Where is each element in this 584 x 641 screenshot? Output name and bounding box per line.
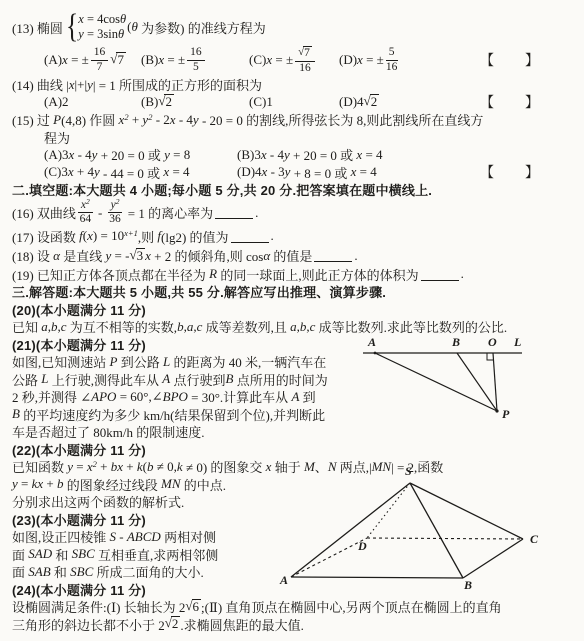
text: 如图,设正四棱锥 — [12, 527, 110, 546]
text: (A)2 — [44, 94, 69, 110]
answer-blank — [215, 206, 253, 219]
text: (15) 过 — [12, 110, 53, 129]
text: = 4 — [362, 147, 382, 163]
equation-system: {x = 4cosθy = 3sinθ — [64, 12, 126, 43]
text: = 60°,∠ — [116, 389, 162, 405]
exam-page: (13) 椭圆{x = 4cosθy = 3sinθ(θ 为参数) 的准线方程为… — [0, 0, 584, 641]
q15-options-ab-cell-0: (A)3x - 4y + 20 = 0 或 y = 8 — [44, 145, 237, 164]
fraction: √716 — [295, 46, 315, 75]
text: 5 — [193, 62, 199, 74]
text: = 8 — [170, 147, 190, 163]
point-label-s: S — [405, 464, 412, 478]
point-label-b: B — [451, 335, 460, 349]
math-variable: MN — [161, 476, 181, 492]
answer-bracket: 【 】 — [480, 162, 540, 182]
fraction: y236 — [108, 200, 123, 226]
text: 车是否超过了 80km/h 的限制速度. — [12, 422, 204, 441]
text: (20)(本小题满分 11 分) — [12, 300, 146, 319]
line-label-l: L — [513, 335, 521, 349]
text: = ± — [272, 52, 293, 68]
point-label-a: A — [279, 573, 288, 587]
text: 和 — [51, 562, 71, 581]
text: (C) — [249, 52, 266, 68]
text: 7 — [304, 47, 310, 60]
q14-options: (A)2(B)√2(C)1(D)4√2【 】 — [12, 94, 576, 112]
point-label-c: C — [530, 532, 539, 546]
text: 2 — [371, 95, 378, 110]
math-variable: L — [41, 371, 48, 387]
text: = 4cos — [84, 12, 120, 27]
text: + 4 — [74, 164, 94, 180]
text: 5 — [389, 47, 395, 59]
text: 点行驶到 — [170, 370, 225, 389]
text: . — [354, 248, 357, 264]
text: 的中点. — [181, 475, 227, 494]
q15-options-ab-cell-1: (B)3x - 4y + 20 = 0 或 x = 4 — [237, 145, 383, 164]
text: 36 — [109, 214, 121, 226]
text: + 8 = 0 或 — [290, 163, 350, 182]
q20-header: (20)(本小题满分 11 分) — [12, 301, 576, 319]
text: = 1 的离心率为 — [124, 203, 213, 222]
text: 三.解答题:本大题共 5 小题,共 55 分.解答应写出推理、演算步骤. — [12, 282, 386, 301]
text: (21)(本小题满分 11 分) — [12, 335, 146, 354]
math-variable: A — [162, 371, 170, 387]
superscript: x+1 — [124, 228, 138, 238]
text: = 4 — [356, 164, 376, 180]
text: - 4 — [267, 147, 284, 163]
text: - 20 = 0 的割线,所得弦长为 8,则此割线所在直线方 — [199, 110, 484, 129]
text: 已知函数 — [12, 457, 67, 476]
fraction: 167 — [91, 47, 109, 73]
text: ;(Ⅱ) 直角顶点在椭圆中心,另两个顶点在椭圆上的直角 — [201, 597, 502, 616]
text: 互相垂直,求两相邻侧 — [95, 545, 219, 564]
text: 已知 — [12, 317, 41, 336]
text: (19) 已知正方体各顶点都在半径为 — [12, 265, 209, 284]
text: + — [43, 476, 57, 492]
text: 和 — [52, 545, 72, 564]
math-variable: kx — [32, 476, 44, 492]
q13-options-cell-1: (B)x = ±165 — [141, 47, 249, 73]
figure-pyramid: S A B C D — [278, 463, 548, 591]
math-variable: θ — [118, 27, 124, 42]
q13-stem: (13) 椭圆{x = 4cosθy = 3sinθ(θ 为参数) 的准线方程为 — [12, 10, 576, 44]
square-root: √2 — [158, 94, 174, 110]
text: + — [97, 459, 111, 475]
point-label-a: A — [367, 335, 376, 349]
text: 6 — [193, 600, 200, 615]
figure-speed-measurement: A B O L P — [356, 332, 528, 426]
square-root: √3 — [129, 248, 145, 264]
math-variable: SAD — [28, 546, 52, 562]
text: (A)3 — [44, 147, 69, 163]
text: 为参数) 的准线方程为 — [138, 18, 266, 37]
text: + 20 = 0 或 — [290, 145, 357, 164]
text: 的平均速度约为多少 km/h(结果保留到个位),并判断此 — [20, 405, 325, 424]
text: + 20 = 0 或 — [97, 145, 164, 164]
square-root: √7 — [298, 46, 312, 60]
answer-blank — [421, 268, 459, 281]
text: - 3 — [267, 164, 284, 180]
text: ≠ 0) 的图象交 — [183, 457, 266, 476]
fraction: x264 — [78, 200, 93, 226]
point-label-p: P — [502, 407, 510, 421]
q14-options-cell-0: (A)2 — [44, 94, 141, 110]
text: 上行驶,测得此车从 — [49, 370, 163, 389]
text: . — [271, 228, 274, 244]
square-root: √2 — [364, 94, 380, 110]
text: 3 — [137, 249, 144, 264]
math-variable: bx — [111, 459, 123, 475]
text: 所成二面角的大小. — [93, 562, 204, 581]
text: (D)4 — [237, 164, 262, 180]
text: (A) — [44, 52, 62, 68]
text: .求椭圆焦距的最大值. — [180, 615, 304, 634]
text: 的图象经过线段 — [64, 475, 162, 494]
text: 面 — [12, 562, 28, 581]
answer-bracket: 【 】 — [480, 92, 540, 112]
math-variable: R — [209, 266, 217, 282]
text: 设椭圆满足条件:(Ⅰ) 长轴长为 2 — [12, 597, 185, 616]
text: . — [255, 205, 258, 221]
text: 成等差数列,且 — [202, 317, 290, 336]
text: = 30°.计算此车从 — [188, 387, 292, 406]
text: 16 — [299, 63, 311, 75]
text: . — [461, 266, 464, 282]
text: 64 — [80, 214, 92, 226]
text: (18) 设 — [12, 246, 53, 265]
text: + 2 的倾斜角,则 cos — [151, 246, 263, 265]
text: + — [129, 112, 143, 128]
section-3-header: 三.解答题:本大题共 5 小题,共 55 分.解答应写出推理、演算步骤. — [12, 283, 576, 301]
text: (17) 设函数 — [12, 227, 79, 246]
math-variable: α — [263, 248, 270, 264]
q14-options-cell-3: (D)4√2 — [339, 94, 379, 110]
text: = ± — [164, 52, 185, 68]
math-variable: L — [163, 354, 170, 370]
q24-line-1: 设椭圆满足条件:(Ⅰ) 长轴长为 2√6;(Ⅱ) 直角顶点在椭圆中心,另两个顶点… — [12, 598, 576, 616]
text: 的值是 — [270, 246, 312, 265]
text: 2 秒,并测得 ∠ — [12, 387, 91, 406]
q16: (16) 双曲线x264 - y236 = 1 的离心率为. — [12, 199, 576, 227]
text: (D) — [339, 52, 357, 68]
text: - 4 — [176, 112, 193, 128]
text: = — [73, 459, 87, 475]
q19: (19) 已知正方体各顶点都在半径为 R 的同一球面上,则此正方体的体积为. — [12, 266, 576, 284]
q15-stem-1: (15) 过 P(4,8) 作圆 x2 + y2 - 2x - 4y - 20 … — [12, 111, 576, 129]
q13-options-cell-0: (A)x = ±167√7 — [44, 47, 141, 73]
text: (14) 曲线 | — [12, 75, 69, 94]
brace: { — [66, 12, 78, 43]
text: (23)(本小题满分 11 分) — [12, 510, 146, 529]
q13-options: (A)x = ±167√7(B)x = ±165(C)x = ±√716(D)x… — [12, 44, 576, 76]
math-variable: A — [291, 389, 299, 405]
fraction: 516 — [386, 47, 398, 73]
text: ) = 10 — [93, 228, 124, 244]
answer-blank — [231, 230, 269, 243]
text: 二.填空题:本大题共 4 小题;每小题 5 分,共 20 分.把答案填在题中横线… — [12, 180, 432, 199]
q18: (18) 设 α 是直线 y = -√3x + 2 的倾斜角,则 cosα 的值… — [12, 246, 576, 266]
q15-stem-2: 程为 — [12, 129, 576, 147]
math-variable: SBC — [70, 564, 93, 580]
fraction: 165 — [187, 47, 205, 73]
text: 公路 — [12, 370, 41, 389]
text: (B) — [141, 94, 158, 110]
text: (lg2) 的值为 — [161, 227, 229, 246]
text: 如图,已知测速站 — [12, 352, 110, 371]
math-variable: P — [53, 112, 61, 128]
text: 点所用的时间为 — [233, 370, 327, 389]
text: (C)3 — [44, 164, 68, 180]
text: 的距离为 40 米,一辆汽车在 — [170, 352, 326, 371]
math-variable: α — [53, 248, 60, 264]
text: 7 — [117, 53, 124, 68]
q24-line-2: 三角形的斜边长都不小于 2√2.求椭圆焦距的最大值. — [12, 616, 576, 634]
text: 分别求出这两个函数的解析式. — [12, 492, 184, 511]
text: 2 — [165, 95, 172, 110]
superscript: 2 — [86, 198, 90, 206]
text: (16) 双曲线 — [12, 203, 76, 222]
q22-header: (22)(本小题满分 11 分) — [12, 441, 576, 459]
math-variable: SBC — [72, 546, 95, 562]
text: ,则 — [138, 227, 158, 246]
math-variable: APO — [91, 389, 116, 405]
q13-options-cell-3: (D)x = ±516 — [339, 47, 400, 73]
text: = 3sin — [84, 27, 118, 42]
point-label-d: D — [357, 539, 367, 553]
text: - — [95, 205, 106, 221]
text: (13) 椭圆 — [12, 18, 63, 37]
text: 16 — [190, 47, 202, 59]
point-label-b: B — [463, 578, 472, 591]
math-variable: P — [110, 354, 118, 370]
text: 到公路 — [117, 352, 163, 371]
q14-stem: (14) 曲线 |x|+|y| = 1 所围成的正方形的面积为 — [12, 76, 576, 94]
q15-options-cd-cell-0: (C)3x + 4y - 44 = 0 或 x = 4 — [44, 163, 237, 182]
text: 为互不相等的实数, — [67, 317, 178, 336]
math-variable: B — [225, 371, 233, 387]
square-root: √6 — [185, 599, 201, 615]
text: (C)1 — [249, 94, 273, 110]
q15-options-cd-cell-1: (D)4x - 3y + 8 = 0 或 x = 4 — [237, 163, 377, 182]
text: (B)3 — [237, 147, 261, 163]
text: = - — [111, 248, 129, 264]
text: = — [18, 476, 32, 492]
text: 2 — [172, 617, 179, 632]
q13-options-cell-2: (C)x = ±√716 — [249, 46, 339, 75]
answer-blank — [314, 249, 352, 262]
section-2-header: 二.填空题:本大题共 4 小题;每小题 5 分,共 20 分.把答案填在题中横线… — [12, 181, 576, 199]
math-variable: ABCD — [127, 529, 161, 545]
math-variable: SAB — [28, 564, 50, 580]
math-variable: θ — [120, 12, 126, 27]
answer-bracket: 【 】 — [480, 50, 540, 70]
text: 的同一球面上,则此正方体的体积为 — [217, 265, 419, 284]
text: 两相对侧 — [161, 527, 216, 546]
text: (4,8) 作圆 — [61, 110, 118, 129]
text: 是直线 — [60, 246, 106, 265]
math-variable: BPO — [163, 389, 188, 405]
text: 到 — [299, 387, 315, 406]
point-label-o: O — [488, 335, 497, 349]
square-root: √2 — [165, 616, 181, 632]
text: 7 — [97, 62, 103, 74]
q14-options-cell-1: (B)√2 — [141, 94, 249, 110]
text: 16 — [94, 47, 106, 59]
text: = ± — [363, 52, 384, 68]
q17: (17) 设函数 f(x) = 10x+1,则 f(lg2) 的值为. — [12, 227, 576, 247]
text: - 2 — [152, 112, 169, 128]
q15-options-cd: (C)3x + 4y - 44 = 0 或 x = 4(D)4x - 3y + … — [12, 164, 576, 182]
q15-options-ab: (A)3x - 4y + 20 = 0 或 y = 8(B)3x - 4y + … — [12, 146, 576, 164]
text: = 4 — [169, 164, 189, 180]
text: + — [123, 459, 137, 475]
text: (24)(本小题满分 11 分) — [12, 580, 146, 599]
square-root: √7 — [110, 52, 126, 68]
text: - 4 — [74, 147, 91, 163]
text: - — [116, 529, 127, 545]
text: 程为 — [44, 128, 70, 147]
text: 面 — [12, 545, 28, 564]
superscript: 2 — [116, 198, 120, 206]
math-variable: B — [12, 406, 20, 422]
text: 三角形的斜边长都不小于 2 — [12, 615, 165, 634]
text: 16 — [386, 62, 398, 74]
q14-options-cell-2: (C)1 — [249, 94, 339, 110]
text: (B) — [141, 52, 158, 68]
text: ≠ 0, — [154, 459, 177, 475]
text: (D)4 — [339, 94, 364, 110]
text: - 44 = 0 或 — [100, 163, 164, 182]
text: | = 1 所围成的正方形的面积为 — [93, 75, 262, 94]
text: = ± — [68, 52, 89, 68]
text: (22)(本小题满分 11 分) — [12, 440, 146, 459]
text: |+| — [75, 77, 88, 93]
